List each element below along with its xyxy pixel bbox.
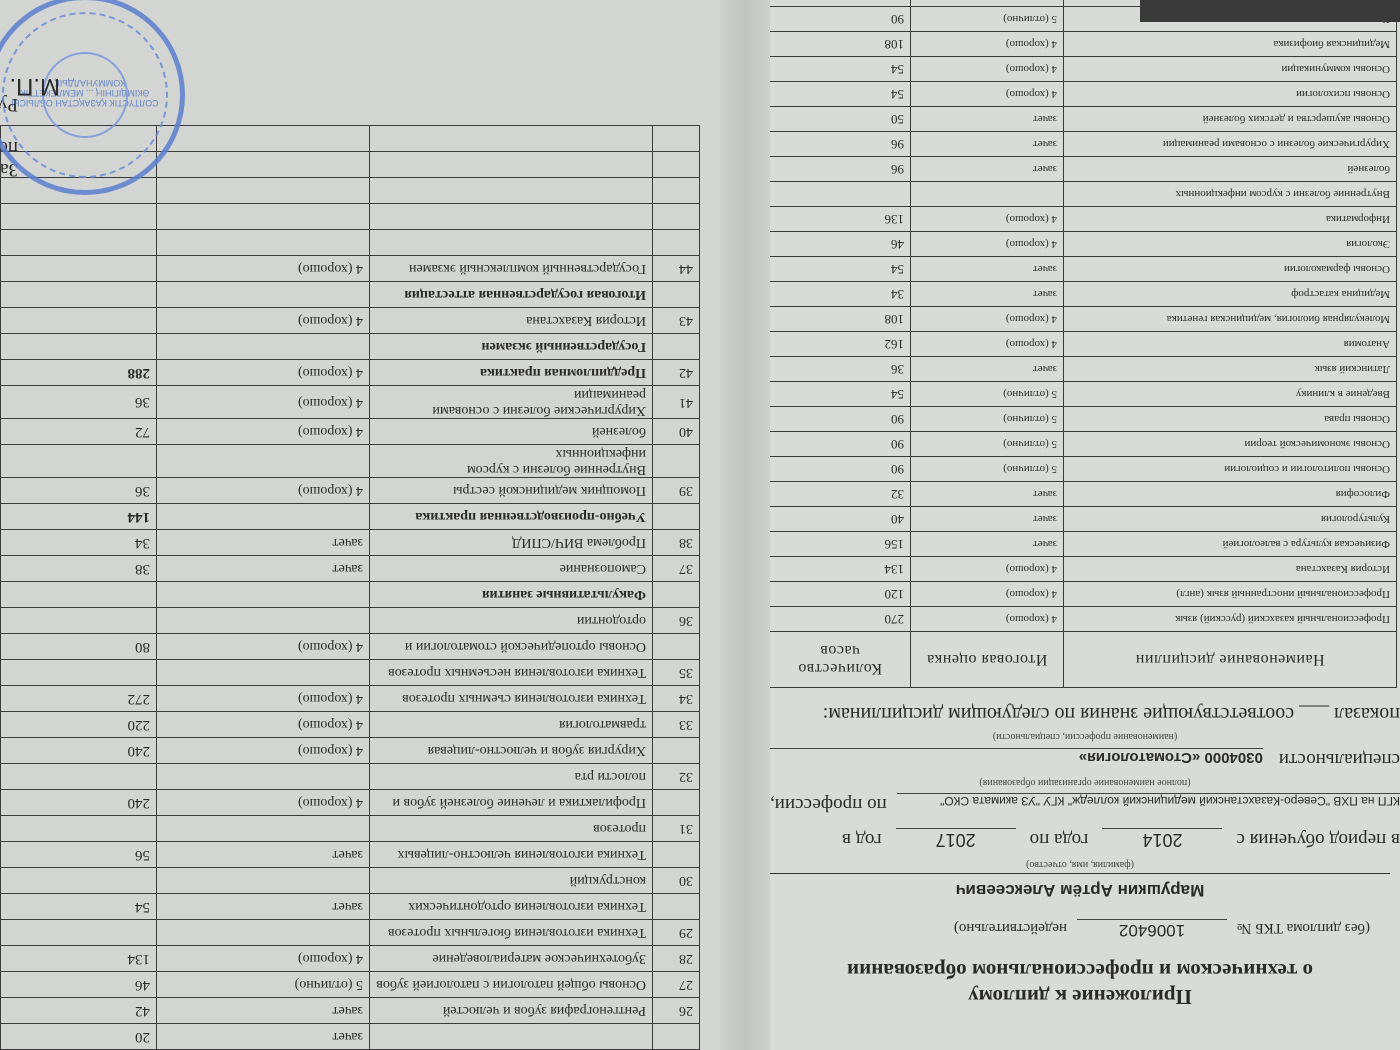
table-row: Экология4 (хорошо)46 xyxy=(770,232,1397,257)
table-row xyxy=(1,230,700,256)
cell-discipline: Помощник медицинской сестры xyxy=(370,478,653,504)
table-row: Культурологиязачет40 xyxy=(770,507,1397,532)
table-row: зачет20 xyxy=(1,1024,700,1050)
cell-discipline: Хирургические болезни с основами реанима… xyxy=(370,386,653,419)
cell-grade: 4 (хорошо) xyxy=(911,232,1064,257)
cell-discipline: Техника изготовления ортодонтических xyxy=(370,894,653,920)
cell-hours: 38 xyxy=(1,556,157,582)
year-mid: года по xyxy=(1030,828,1089,850)
cell-no: 38 xyxy=(653,530,700,556)
cell-discipline: Информатика xyxy=(1064,207,1397,232)
cell-hours: 162 xyxy=(770,332,911,357)
table-row: 30конструкций xyxy=(1,868,700,894)
cell-grade: 4 (хорошо) xyxy=(157,419,370,445)
cell-hours: 90 xyxy=(770,407,911,432)
cell-hours: 108 xyxy=(770,307,911,332)
cell-hours xyxy=(1,660,157,686)
cell-hours: 32 xyxy=(770,482,911,507)
cell-grade: 5 (отлично) xyxy=(157,972,370,998)
cell-discipline: Проблема ВИЧ/СПИД xyxy=(370,530,653,556)
cell-grade: 4 (хорошо) xyxy=(157,738,370,764)
cell-grade xyxy=(911,182,1064,207)
cell-grade: 4 (хорошо) xyxy=(157,478,370,504)
cell-grade: 4 (хорошо) xyxy=(157,386,370,419)
table-row: Учебно-производственная практика144 xyxy=(1,504,700,530)
table1-body: Профессиональный казахский (русский) язы… xyxy=(770,0,1397,632)
cell-no xyxy=(653,152,700,178)
table-row: Основы экономической теории5 (отлично)90 xyxy=(770,432,1397,457)
cell-hours: 40 xyxy=(770,507,911,532)
cell-grade: 4 (хорошо) xyxy=(911,82,1064,107)
table-row: Основы ортопедической стоматологии и4 (х… xyxy=(1,634,700,660)
student-name: Марушкин Артём Алексеевич xyxy=(770,873,1390,900)
cell-grade xyxy=(157,126,370,152)
table-row: 37Самопознаниезачет38 xyxy=(1,556,700,582)
cell-hours: 36 xyxy=(1,386,157,419)
cell-no xyxy=(653,1024,700,1050)
cell-grade: 4 (хорошо) xyxy=(157,360,370,386)
table-row: Медицина катастрофзачет34 xyxy=(770,282,1397,307)
table2-body: зачет2026Рентгенография зубов и челюстей… xyxy=(1,126,700,1050)
name-caption: (фамилия, имя, отчество) xyxy=(770,859,1390,870)
cell-hours: 134 xyxy=(1,946,157,972)
table-row: 28Зуботехническое материаловедение4 (хор… xyxy=(1,946,700,972)
cell-hours: 34 xyxy=(1,530,157,556)
year-to: 2017 xyxy=(896,828,1016,850)
cell-discipline: Факультативные занятия xyxy=(370,582,653,608)
cell-discipline: Экология xyxy=(1064,232,1397,257)
table-row: 26Рентгенография зубов и челюстейзачет42 xyxy=(1,998,700,1024)
cell-hours: 80 xyxy=(1,634,157,660)
cell-grade: 4 (хорошо) xyxy=(157,686,370,712)
table-row: 32полости рта xyxy=(1,764,700,790)
table-row: Профилактика и лечение болезней зубов и4… xyxy=(1,790,700,816)
cell-hours: 144 xyxy=(1,504,157,530)
cell-grade xyxy=(157,178,370,204)
cell-no: 29 xyxy=(653,920,700,946)
cell-no: 30 xyxy=(653,868,700,894)
cell-grade: 4 (хорошо) xyxy=(911,582,1064,607)
cell-discipline: полости рта xyxy=(370,764,653,790)
cell-discipline: Хирургические болезни с основами реанима… xyxy=(1064,132,1397,157)
cell-discipline: Основы общей патологии с патологией зубо… xyxy=(370,972,653,998)
document-photo: Приложение к диплому о техническом и про… xyxy=(0,0,1400,1050)
cell-grade: 4 (хорошо) xyxy=(157,712,370,738)
table-row: 27Основы общей патологии с патологией зу… xyxy=(1,972,700,998)
cell-no: 32 xyxy=(653,764,700,790)
cell-discipline: История Казахстана xyxy=(1064,557,1397,582)
table-row: Техника изготовления челюстно-лицевыхзач… xyxy=(1,842,700,868)
cell-no xyxy=(653,634,700,660)
cell-discipline: ортодонтии xyxy=(370,608,653,634)
cell-grade: 4 (хорошо) xyxy=(911,57,1064,82)
table-row: Внутренние болезни с курсом инфекционных xyxy=(1,445,700,478)
table-row: Основы коммуникации4 (хорошо)54 xyxy=(770,57,1397,82)
organization-name: КГП на ПХВ "Северо-Казахстанский медицин… xyxy=(897,793,1400,808)
cell-discipline: История Казахстана xyxy=(370,308,653,334)
study-period: в период обучения с 2014 года по 2017 го… xyxy=(770,828,1400,850)
cell-no: 41 xyxy=(653,386,700,419)
cell-no: 26 xyxy=(653,998,700,1024)
cell-grade: зачет xyxy=(911,282,1064,307)
table-row: Информатика4 (хорошо)136 xyxy=(770,207,1397,232)
cell-no: 44 xyxy=(653,256,700,282)
cell-hours xyxy=(1,764,157,790)
cell-hours: 90 xyxy=(770,7,911,32)
table-row: Молекулярная биология, медицинская генет… xyxy=(770,307,1397,332)
cell-discipline: Философия xyxy=(1064,482,1397,507)
table-row: 39Помощник медицинской сестры4 (хорошо)3… xyxy=(1,478,700,504)
table-row: Профессиональный иностранный язык (англ)… xyxy=(770,582,1397,607)
cell-discipline: Основы акушерства и детских болезней xyxy=(1064,107,1397,132)
cell-discipline: болезней xyxy=(370,419,653,445)
cell-grade: зачет xyxy=(911,257,1064,282)
cell-hours: 36 xyxy=(770,357,911,382)
specialty-name: 0304000 «Стоматология» xyxy=(770,748,1263,766)
cell-discipline: Зуботехническое материаловедение xyxy=(370,946,653,972)
cell-hours: 240 xyxy=(1,738,157,764)
cell-no: 36 xyxy=(653,608,700,634)
specialty-line: специальности 0304000 «Стоматология» xyxy=(770,748,1400,770)
cell-grade: 4 (хорошо) xyxy=(911,607,1064,632)
table-row: Профессиональный казахский (русский) язы… xyxy=(770,607,1397,632)
cell-grade: 4 (хорошо) xyxy=(157,256,370,282)
cell-grade: зачет xyxy=(911,507,1064,532)
cell-grade: зачет xyxy=(911,357,1064,382)
cell-grade xyxy=(157,282,370,308)
cell-discipline xyxy=(370,204,653,230)
cell-hours xyxy=(1,582,157,608)
cell-grade: 5 (отлично) xyxy=(911,457,1064,482)
cell-discipline xyxy=(370,152,653,178)
cell-discipline: Основы политологии и социологии xyxy=(1064,457,1397,482)
cell-no: 27 xyxy=(653,972,700,998)
table-row: 41Хирургические болезни с основами реани… xyxy=(1,386,700,419)
table-row: 42Преддипломная практика4 (хорошо)288 xyxy=(1,360,700,386)
cell-hours: 54 xyxy=(770,257,911,282)
cell-hours: 288 xyxy=(1,360,157,386)
table-row: Государственный экзамен xyxy=(1,334,700,360)
table-row: 40болезней4 (хорошо)72 xyxy=(1,419,700,445)
cell-discipline: Основы фармакологии xyxy=(1064,257,1397,282)
cell-discipline: Техника изготовления бюгельных протезов xyxy=(370,920,653,946)
cell-discipline: Профессиональный иностранный язык (англ) xyxy=(1064,582,1397,607)
cell-no xyxy=(653,334,700,360)
cell-grade: зачет xyxy=(911,0,1064,7)
cell-grade xyxy=(157,868,370,894)
cell-no: 28 xyxy=(653,946,700,972)
cell-hours xyxy=(1,256,157,282)
cell-hours: 72 xyxy=(1,419,157,445)
cell-hours: 46 xyxy=(1,972,157,998)
table-row: Основы права5 (отлично)90 xyxy=(770,407,1397,432)
cell-grade: зачет xyxy=(911,482,1064,507)
cell-discipline: Медицинская биофизика xyxy=(1064,32,1397,57)
header-discipline: Наименование дисциплин xyxy=(1064,632,1397,688)
cell-grade: зачет xyxy=(911,532,1064,557)
cell-grade xyxy=(157,334,370,360)
cell-discipline: Рентгенография зубов и челюстей xyxy=(370,998,653,1024)
table-row: Физическая культура с валеологиейзачет15… xyxy=(770,532,1397,557)
cell-hours xyxy=(1,816,157,842)
table-header-row: Наименование дисциплин Итоговая оценка К… xyxy=(770,632,1397,688)
cell-discipline: Физическая культура с валеологией xyxy=(1064,532,1397,557)
cell-grade: зачет xyxy=(157,894,370,920)
cell-hours xyxy=(1,608,157,634)
org-suffix: по профессии, xyxy=(770,793,887,815)
cell-no xyxy=(653,790,700,816)
cell-hours: 20 xyxy=(1,1024,157,1050)
cell-discipline: Основы ортопедической стоматологии и xyxy=(370,634,653,660)
cell-grade: 5 (отлично) xyxy=(911,7,1064,32)
year-from: 2014 xyxy=(1102,828,1222,850)
cell-discipline xyxy=(370,230,653,256)
cert-number: 1006402 xyxy=(1077,919,1227,940)
study-prefix: в период обучения с xyxy=(1236,828,1400,850)
cell-hours: 54 xyxy=(770,82,911,107)
cell-hours: 96 xyxy=(770,157,911,182)
cell-hours xyxy=(1,282,157,308)
cell-discipline: Анатомия xyxy=(1064,332,1397,357)
cell-hours xyxy=(1,334,157,360)
cert-suffix: недействительно) xyxy=(954,919,1067,936)
cell-hours xyxy=(1,920,157,946)
cell-no: 42 xyxy=(653,360,700,386)
cell-grade xyxy=(157,660,370,686)
cell-hours: 270 xyxy=(770,607,911,632)
cell-discipline: Основы психологии xyxy=(1064,82,1397,107)
cell-hours xyxy=(1,204,157,230)
cell-hours: 120 xyxy=(770,582,911,607)
table-row: 36ортодонтии xyxy=(1,608,700,634)
cell-discipline: Преддипломная практика xyxy=(370,360,653,386)
cell-no: 31 xyxy=(653,816,700,842)
cell-no: 34 xyxy=(653,686,700,712)
cell-hours xyxy=(770,182,911,207)
cell-grade xyxy=(157,816,370,842)
cell-discipline xyxy=(370,178,653,204)
cell-no xyxy=(653,445,700,478)
cell-hours: 220 xyxy=(1,712,157,738)
cell-hours: 20 xyxy=(770,0,911,7)
cell-discipline: Медицина катастроф xyxy=(1064,282,1397,307)
cell-hours: 54 xyxy=(770,382,911,407)
table-row: Латинский языкзачет36 xyxy=(770,357,1397,382)
cell-discipline: Молекулярная биология, медицинская генет… xyxy=(1064,307,1397,332)
cell-hours: 96 xyxy=(770,132,911,157)
cell-hours: 50 xyxy=(770,107,911,132)
spec-caption: (наименование профессии, специальности) xyxy=(770,731,1400,742)
cell-hours: 156 xyxy=(770,532,911,557)
cell-grade xyxy=(157,764,370,790)
rotated-content: Приложение к диплому о техническом и про… xyxy=(0,0,1400,1050)
table-row: 31протезов xyxy=(1,816,700,842)
cell-grade xyxy=(157,152,370,178)
table-row: Факультативные занятия xyxy=(1,582,700,608)
cell-hours: 36 xyxy=(1,478,157,504)
cell-grade: зачет xyxy=(157,998,370,1024)
cell-hours: 108 xyxy=(770,32,911,57)
table-row xyxy=(1,204,700,230)
cell-no xyxy=(653,738,700,764)
document-title: Приложение к диплому о техническом и про… xyxy=(800,958,1360,1010)
title-line-1: Приложение к диплому xyxy=(800,984,1360,1010)
cell-grade: 4 (хорошо) xyxy=(157,634,370,660)
cell-grade xyxy=(157,445,370,478)
cell-grade xyxy=(157,204,370,230)
cell-no xyxy=(653,894,700,920)
cell-no: 40 xyxy=(653,419,700,445)
cell-no xyxy=(653,504,700,530)
cell-grade: 5 (отлично) xyxy=(911,407,1064,432)
cell-grade xyxy=(157,504,370,530)
disciplines-table-1: Наименование дисциплин Итоговая оценка К… xyxy=(769,0,1397,688)
cell-hours: 240 xyxy=(1,790,157,816)
cell-discipline: Итоговая государственная аттестация xyxy=(370,282,653,308)
cell-hours: 136 xyxy=(770,207,911,232)
cell-discipline: Введение в клинику xyxy=(1064,382,1397,407)
table-row: Основы политологии и социологии5 (отличн… xyxy=(770,457,1397,482)
cell-grade: 5 (отлично) xyxy=(911,382,1064,407)
cell-no xyxy=(653,582,700,608)
cell-discipline: Техника изготовления съемных протезов xyxy=(370,686,653,712)
background-object xyxy=(1140,0,1400,22)
page-diploma-header: Приложение к диплому о техническом и про… xyxy=(770,0,1400,1050)
table-row: 35Техника изготовления несъемных протезо… xyxy=(1,660,700,686)
table-row: Основы фармакологиизачет54 xyxy=(770,257,1397,282)
disciplines-intro: показал ___ соответствующие знания по сл… xyxy=(770,702,1400,725)
cell-no: 35 xyxy=(653,660,700,686)
table-row: Введение в клинику5 (отлично)54 xyxy=(770,382,1397,407)
table-row: Итоговая государственная аттестация xyxy=(1,282,700,308)
title-line-2: о техническом и профессиональном образов… xyxy=(800,958,1360,984)
table-row: болезнейзачет96 xyxy=(770,157,1397,182)
cell-grade xyxy=(157,920,370,946)
table-row: Основы психологии4 (хорошо)54 xyxy=(770,82,1397,107)
cell-grade: зачет xyxy=(157,1024,370,1050)
cell-no xyxy=(653,204,700,230)
cell-no xyxy=(653,230,700,256)
year-suffix: год в xyxy=(842,828,882,850)
cell-discipline: Хирургия зубов и челюстно-лицевая xyxy=(370,738,653,764)
cell-grade: 4 (хорошо) xyxy=(911,32,1064,57)
table-row: Хирургия зубов и челюстно-лицевая4 (хоро… xyxy=(1,738,700,764)
cell-grade: зачет xyxy=(157,556,370,582)
table-row: Анатомия4 (хорошо)162 xyxy=(770,332,1397,357)
cell-discipline: Учебно-производственная практика xyxy=(370,504,653,530)
cell-hours: 56 xyxy=(1,842,157,868)
cell-grade: 4 (хорошо) xyxy=(911,557,1064,582)
cell-discipline: травматология xyxy=(370,712,653,738)
disciplines-table-2: зачет2026Рентгенография зубов и челюстей… xyxy=(0,125,700,1050)
cell-grade: 4 (хорошо) xyxy=(911,307,1064,332)
cell-discipline: Основы права xyxy=(1064,407,1397,432)
cell-discipline: Культурология xyxy=(1064,507,1397,532)
cell-hours: 34 xyxy=(770,282,911,307)
cell-discipline: Самопознание xyxy=(370,556,653,582)
cell-hours: 54 xyxy=(1,894,157,920)
cell-hours xyxy=(1,230,157,256)
table-row: 44Государственный комплексный экзамен4 (… xyxy=(1,256,700,282)
cell-no xyxy=(653,282,700,308)
organization-line: КГП на ПХВ "Северо-Казахстанский медицин… xyxy=(770,793,1400,815)
cell-no xyxy=(653,178,700,204)
cell-discipline: конструкций xyxy=(370,868,653,894)
cell-discipline: Техника изготовления несъемных протезов xyxy=(370,660,653,686)
cell-grade: 4 (хорошо) xyxy=(157,946,370,972)
cell-discipline: Техника изготовления челюстно-лицевых xyxy=(370,842,653,868)
cell-grade xyxy=(157,582,370,608)
cell-no: 39 xyxy=(653,478,700,504)
cell-grade xyxy=(157,230,370,256)
table-row: Медицинская биофизика4 (хорошо)108 xyxy=(770,32,1397,57)
table-row: Внутренние болезни с курсом инфекционных xyxy=(770,182,1397,207)
cell-grade: 4 (хорошо) xyxy=(157,308,370,334)
cell-hours xyxy=(1,868,157,894)
table-row: 38Проблема ВИЧ/СПИДзачет34 xyxy=(1,530,700,556)
header-hours: Количество часов xyxy=(770,632,911,688)
cell-hours: 42 xyxy=(1,998,157,1024)
cell-discipline: болезней xyxy=(1064,157,1397,182)
cell-grade: зачет xyxy=(911,157,1064,182)
cell-hours: 90 xyxy=(770,432,911,457)
table-row: 43История Казахстана4 (хорошо) xyxy=(1,308,700,334)
cell-discipline: Латинский язык xyxy=(1064,357,1397,382)
cell-hours: 272 xyxy=(1,686,157,712)
cell-discipline: Основы коммуникации xyxy=(1064,57,1397,82)
cell-discipline: протезов xyxy=(370,816,653,842)
cell-grade: зачет xyxy=(157,842,370,868)
cell-discipline: Профессиональный казахский (русский) язы… xyxy=(1064,607,1397,632)
cell-discipline: Внутренние болезни с курсом инфекционных xyxy=(1064,182,1397,207)
cell-hours: 90 xyxy=(770,457,911,482)
cell-grade: 5 (отлично) xyxy=(911,432,1064,457)
cell-discipline: Основы экономической теории xyxy=(1064,432,1397,457)
table-row: Техника изготовления ортодонтическихзаче… xyxy=(1,894,700,920)
cell-discipline xyxy=(370,126,653,152)
cell-grade: зачет xyxy=(911,107,1064,132)
cell-hours: 134 xyxy=(770,557,911,582)
cell-no xyxy=(653,126,700,152)
cell-discipline: Профилактика и лечение болезней зубов и xyxy=(370,790,653,816)
cell-discipline: Внутренние болезни с курсом инфекционных xyxy=(370,445,653,478)
cell-grade: 4 (хорошо) xyxy=(157,790,370,816)
certificate-line: (без диплома ТКБ № 1006402 недействитель… xyxy=(790,919,1370,940)
cell-no: 33 xyxy=(653,712,700,738)
table-row: 33травматология4 (хорошо)220 xyxy=(1,712,700,738)
cell-no xyxy=(653,842,700,868)
cert-prefix: (без диплома ТКБ № xyxy=(1237,919,1370,936)
cell-grade xyxy=(157,608,370,634)
cell-discipline xyxy=(370,1024,653,1050)
page-gutter xyxy=(720,0,770,1050)
table-row: 29Техника изготовления бюгельных протезо… xyxy=(1,920,700,946)
mp-label: М.П. xyxy=(9,72,60,100)
cell-discipline: Государственный экзамен xyxy=(370,334,653,360)
header-grade: Итоговая оценка xyxy=(911,632,1064,688)
cell-grade: 4 (хорошо) xyxy=(911,207,1064,232)
table-row: Хирургические болезни с основами реанима… xyxy=(770,132,1397,157)
spec-prefix: специальности xyxy=(1279,748,1400,770)
org-caption: (полное наименование организации образов… xyxy=(770,777,1400,788)
table-row: 34Техника изготовления съемных протезов4… xyxy=(1,686,700,712)
table-row: Основы акушерства и детских болезнейзаче… xyxy=(770,107,1397,132)
cell-no: 37 xyxy=(653,556,700,582)
cell-hours xyxy=(1,308,157,334)
cell-grade: 4 (хорошо) xyxy=(911,332,1064,357)
cell-hours xyxy=(1,445,157,478)
cell-discipline: Государственный комплексный экзамен xyxy=(370,256,653,282)
